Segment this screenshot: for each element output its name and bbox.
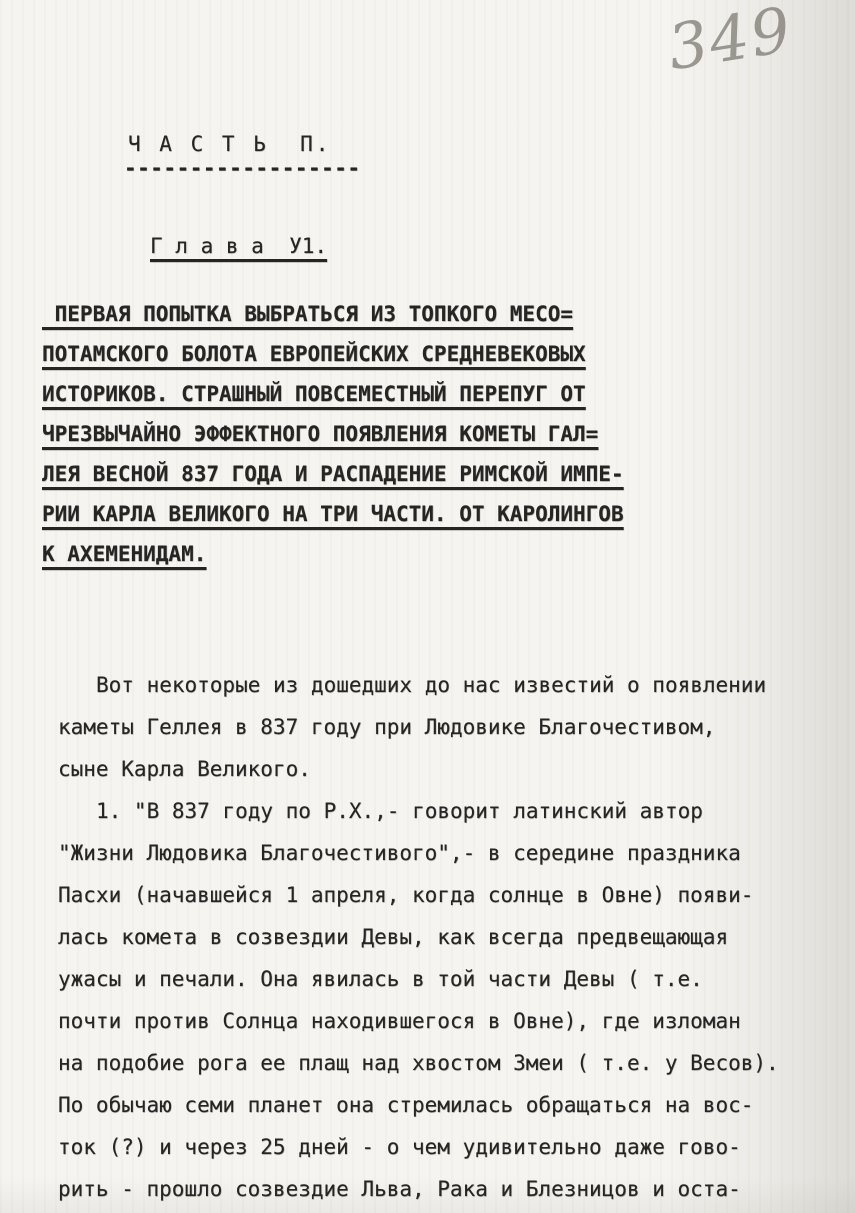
- body-line: на подобие рога ее плащ над хвостом Змеи…: [58, 1042, 824, 1084]
- part-title-dashed-underline: ------------------: [124, 156, 361, 180]
- body-line: "Жизни Людовика Благочестивого",- в сере…: [58, 832, 824, 874]
- heading-line: ПЕРВАЯ ПОПЫТКА ВЫБРАТЬСЯ ИЗ ТОПКОГО МЕСО…: [42, 294, 624, 334]
- body-line: ток (?) и через 25 дней - о чем удивител…: [58, 1126, 824, 1168]
- part-title: Ч А С Т Ь П.: [128, 132, 331, 156]
- heading-line: ЧРЕЗВЫЧАЙНО ЭФФЕКТНОГО ПОЯВЛЕНИЯ КОМЕТЫ …: [42, 414, 624, 454]
- paragraph: Вот некоторые из дошедших до нас извести…: [58, 664, 824, 790]
- body-line: Пасхи (начавшейся 1 апреля, когда солнце…: [58, 874, 824, 916]
- body-line: каметы Геллея в 837 году при Людовике Бл…: [58, 706, 824, 748]
- heading-line: РИИ КАРЛА ВЕЛИКОГО НА ТРИ ЧАСТИ. ОТ КАРО…: [42, 494, 624, 534]
- handwritten-page-number: 349: [663, 0, 797, 84]
- heading-line: ПОТАМСКОГО БОЛОТА ЕВРОПЕЙСКИХ СРЕДНЕВЕКО…: [42, 334, 624, 374]
- paragraph: 1. "В 837 году по Р.Х.,- говорит латинск…: [58, 790, 824, 1210]
- body-line: По обычаю семи планет она стремилась обр…: [58, 1084, 824, 1126]
- body-line: сыне Карла Великого.: [58, 748, 824, 790]
- body-line: лась комета в созвездии Девы, как всегда…: [58, 916, 824, 958]
- body-text: Вот некоторые из дошедших до нас извести…: [58, 664, 824, 1210]
- scanned-typewritten-page: 349 Ч А С Т Ь П. ------------------ Г л …: [0, 0, 855, 1213]
- body-line: Вот некоторые из дошедших до нас извести…: [58, 664, 824, 706]
- chapter-title: Г л а в а У1.: [150, 234, 327, 258]
- heading-line: ИСТОРИКОВ. СТРАШНЫЙ ПОВСЕМЕСТНЫЙ ПЕРЕПУГ…: [42, 374, 624, 414]
- body-line: рить - прошло созвездие Льва, Рака и Бле…: [58, 1168, 824, 1210]
- body-line: почти против Солнца находившегося в Овне…: [58, 1000, 824, 1042]
- chapter-heading: ПЕРВАЯ ПОПЫТКА ВЫБРАТЬСЯ ИЗ ТОПКОГО МЕСО…: [42, 294, 624, 574]
- heading-line: К АХЕМЕНИДАМ.: [42, 534, 624, 574]
- body-line: ужасы и печали. Она явилась в той части …: [58, 958, 824, 1000]
- heading-line: ЛЕЯ ВЕСНОЙ 837 ГОДА И РАСПАДЕНИЕ РИМСКОЙ…: [42, 454, 624, 494]
- body-line: 1. "В 837 году по Р.Х.,- говорит латинск…: [58, 790, 824, 832]
